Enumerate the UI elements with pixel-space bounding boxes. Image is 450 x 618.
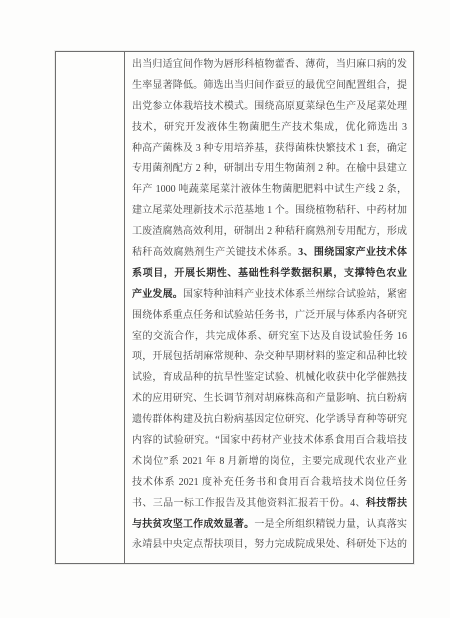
text-line: 工废渣腐熟高效利用，研制出 2 种秸秆腐熟剂专用配方，形成 (132, 222, 407, 243)
text-line: 围绕体系重点任务和试验站任务书，广泛开展与体系内各研究 (132, 306, 407, 327)
text-run: 专用菌剂配方 2 种，研制出专用生物菌剂 2 种。在榆中县建立 (132, 163, 407, 174)
bold-text-run: 系项目，开展长期性、基础性科学数据积累，支撑特色农业 (132, 268, 407, 279)
text-line: 出当归适宜间作物为唇形科植物藿香、薄荷，当归麻口病的发 (132, 55, 407, 76)
text-line: 项，开展包括胡麻常规种、杂交种早期材料的鉴定和品种比较 (132, 347, 407, 368)
text-run: 种高产菌株及 3 种专用培养基，获得菌株快繁技术 1 套，确定 (132, 143, 407, 154)
text-line: 书、三品一标工作报告及其他资料汇报若干份。4、科技帮扶 (132, 494, 407, 515)
text-line: 内容的试验研究。“国家中药材产业技术体系食用百合栽培技 (132, 431, 407, 452)
text-line: 产业发展。国家特种油料产业技术体系兰州综合试验站，紧密 (132, 285, 407, 306)
text-run: 术的应用研究、生长调节剂对胡麻株高和产量影响、抗白粉病 (132, 393, 407, 404)
text-run: 工废渣腐熟高效利用，研制出 2 种秸秆腐熟剂专用配方，形成 (132, 226, 407, 237)
text-line: 试验，育成品种的抗旱性鉴定试验、机械化收获中化学催熟技 (132, 368, 407, 389)
text-run: 技术体系 2021 度补充任务书和食用百合栽培技术岗位任务 (132, 477, 407, 488)
text-line: 术岗位”系 2021 年 8 月新增的岗位，主要完成现代农业产业 (132, 452, 407, 473)
text-run: 秸秆高效腐熟剂生产关键技术体系。 (132, 247, 298, 258)
text-run: 室的交流合作，共完成体系、研究室下达及自设试验任务 16 (132, 331, 407, 342)
text-run: 建立尾菜处理新技术示范基地 1 个。围绕植物秸秆、中药材加 (132, 205, 407, 216)
text-run: 内容的试验研究。“国家中药材产业技术体系食用百合栽培技 (132, 435, 407, 446)
text-run: 生率显著降低。筛选出当归间作蚕豆的最优空间配置组合，提 (132, 80, 407, 91)
text-run: 国家特种油料产业技术体系兰州综合试验站，紧密 (183, 289, 407, 300)
text-run: 试验，育成品种的抗旱性鉴定试验、机械化收获中化学催熟技 (132, 372, 407, 383)
text-line: 秸秆高效腐熟剂生产关键技术体系。3、围绕国家产业技术体 (132, 243, 407, 264)
text-line: 技术体系 2021 度补充任务书和食用百合栽培技术岗位任务 (132, 473, 407, 494)
text-line: 术的应用研究、生长调节剂对胡麻株高和产量影响、抗白粉病 (132, 389, 407, 410)
text-run: 一是全所组织精锐力量，认真落实 (254, 519, 407, 530)
text-run: 遗传群体构建及抗白粉病基因定位研究、化学诱导育种等研究 (132, 414, 407, 425)
text-line: 与扶贫攻坚工作成效显著。一是全所组织精锐力量，认真落实 (132, 515, 407, 536)
text-line: 种高产菌株及 3 种专用培养基，获得菌株快繁技术 1 套，确定 (132, 139, 407, 160)
text-run: 项，开展包括胡麻常规种、杂交种早期材料的鉴定和品种比较 (132, 351, 407, 362)
text-run: 书、三品一标工作报告及其他资料汇报若干份。4、 (132, 498, 366, 509)
text-line: 技术，研究开发液体生物菌肥生产技术集成，优化筛选出 3 (132, 118, 407, 139)
text-line: 系项目，开展长期性、基础性科学数据积累，支撑特色农业 (132, 264, 407, 285)
report-text-cell: 出当归适宜间作物为唇形科植物藿香、薄荷，当归麻口病的发生率显著降低。筛选出当归间… (126, 52, 413, 563)
text-run: 围绕体系重点任务和试验站任务书，广泛开展与体系内各研究 (132, 310, 407, 321)
table-label-cell (56, 52, 125, 563)
text-line: 生率显著降低。筛选出当归间作蚕豆的最优空间配置组合，提 (132, 76, 407, 97)
text-run: 术岗位”系 2021 年 8 月新增的岗位，主要完成现代农业产业 (132, 456, 407, 467)
text-run: 永靖县中央定点帮扶项目，努力完成院成果处、科研处下达的 (132, 539, 407, 550)
text-run: 出党参立体栽培技术模式。围绕高原夏菜绿色生产及尾菜处理 (132, 101, 407, 112)
bold-text-run: 3、围绕国家产业技术体 (298, 247, 407, 258)
text-run: 技术，研究开发液体生物菌肥生产技术集成，优化筛选出 3 (132, 122, 407, 133)
text-run: 出当归适宜间作物为唇形科植物藿香、薄荷，当归麻口病的发 (132, 59, 407, 70)
bold-text-run: 产业发展。 (132, 289, 183, 300)
text-run: 年产 1000 吨蔬菜尾菜汁液体生物菌肥肥料中试生产线 2 条， (132, 184, 407, 195)
bold-text-run: 与扶贫攻坚工作成效显著。 (132, 519, 254, 530)
text-line: 出党参立体栽培技术模式。围绕高原夏菜绿色生产及尾菜处理 (132, 97, 407, 118)
text-line: 室的交流合作，共完成体系、研究室下达及自设试验任务 16 (132, 327, 407, 348)
report-table: 出当归适宜间作物为唇形科植物藿香、薄荷，当归麻口病的发生率显著降低。筛选出当归间… (55, 51, 414, 564)
text-line: 遗传群体构建及抗白粉病基因定位研究、化学诱导育种等研究 (132, 410, 407, 431)
text-line: 永靖县中央定点帮扶项目，努力完成院成果处、科研处下达的 (132, 535, 407, 556)
scanned-page: 出当归适宜间作物为唇形科植物藿香、薄荷，当归麻口病的发生率显著降低。筛选出当归间… (0, 0, 450, 618)
bold-text-run: 科技帮扶 (366, 498, 407, 509)
text-line: 专用菌剂配方 2 种，研制出专用生物菌剂 2 种。在榆中县建立 (132, 159, 407, 180)
text-line: 年产 1000 吨蔬菜尾菜汁液体生物菌肥肥料中试生产线 2 条， (132, 180, 407, 201)
text-line: 建立尾菜处理新技术示范基地 1 个。围绕植物秸秆、中药材加 (132, 201, 407, 222)
